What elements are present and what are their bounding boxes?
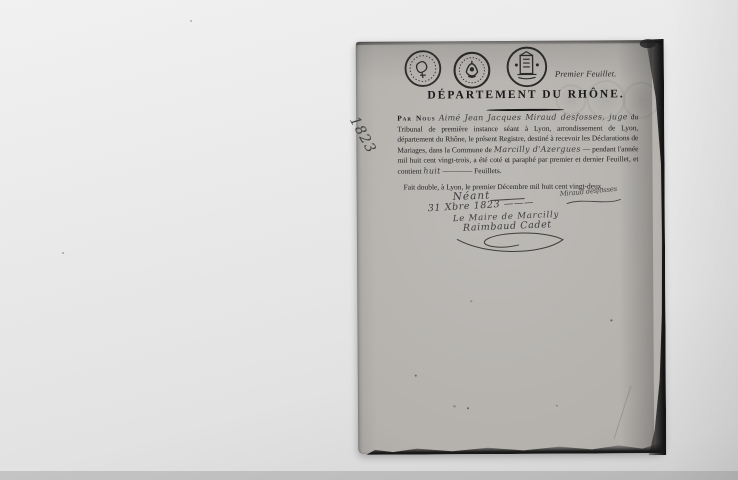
printed-text: Feuillets. xyxy=(474,166,502,175)
background-speck xyxy=(62,252,64,254)
background-speck xyxy=(190,20,192,22)
filler-dash: — xyxy=(583,144,590,153)
paper-speck xyxy=(556,405,558,407)
commune-name-handwritten: Marcilly d'Azergues xyxy=(494,144,581,154)
sheet-count-handwritten: huit xyxy=(423,166,440,175)
filler-dash: ———— xyxy=(442,166,472,175)
title-rule xyxy=(486,109,564,112)
paper-speck xyxy=(470,300,472,302)
paper-scratch xyxy=(614,385,632,439)
opening-words: Par Nous xyxy=(397,113,436,122)
date-dash: ——— xyxy=(504,197,535,210)
bottom-edge-dark-band xyxy=(366,442,663,455)
judge-name-handwritten: Aimé Jean Jacques Miraud desfosses, juge xyxy=(439,112,628,122)
paper-speck xyxy=(453,405,456,407)
paper-speck xyxy=(506,161,508,163)
margin-year-note: 1823 xyxy=(346,114,379,156)
judge-signature-flourish xyxy=(565,197,623,206)
document-title: DÉPARTEMENT DU RHÔNE. xyxy=(416,88,636,101)
corner-ink-blot xyxy=(640,39,656,48)
mayor-signature-flourish xyxy=(449,229,571,256)
round-ink-stamp-icon xyxy=(404,49,442,87)
background-bottom-strip xyxy=(0,471,738,480)
sheet-number-label: Premier Feuillet. xyxy=(555,68,617,78)
scanned-document-view: Premier Feuillet. DÉPARTEMENT DU RHÔNE. … xyxy=(0,0,738,480)
paper-speck xyxy=(467,407,469,409)
paper-speck xyxy=(415,375,417,377)
register-declaration-paragraph: Par Nous Aimé Jean Jacques Miraud desfos… xyxy=(397,112,638,177)
top-edge-shadow xyxy=(356,40,662,45)
pictorial-ink-stamp-icon xyxy=(506,46,548,88)
paper-speck xyxy=(610,319,612,321)
register-page: Premier Feuillet. DÉPARTEMENT DU RHÔNE. … xyxy=(356,40,665,454)
background-shade xyxy=(668,0,738,480)
round-ink-stamp-icon xyxy=(453,51,491,89)
